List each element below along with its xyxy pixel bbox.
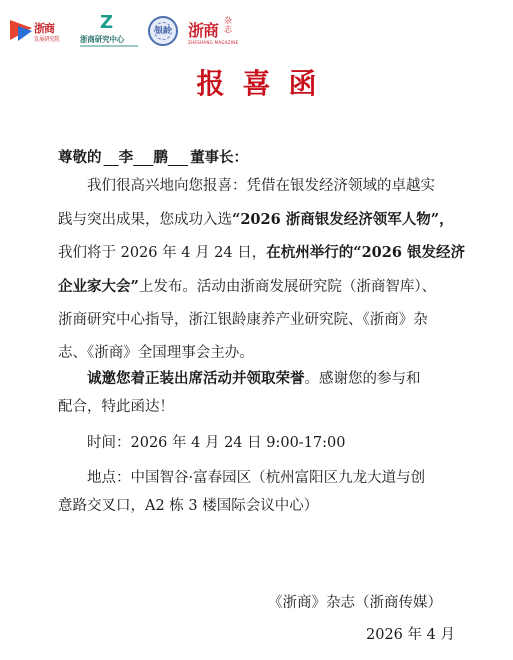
logo1-sub-text: 发展研究院 [34, 34, 60, 43]
paragraph1-line6: 志、《浙商》全国理事会主办。 [58, 343, 254, 363]
logo4-sub-text: ZHESHANG MAGAZINE [188, 40, 238, 45]
time-value: 2026 年 4 月 24 日 9:00-17:00 [131, 435, 346, 451]
logo4-main-text: 浙商 [188, 18, 218, 41]
paragraph2-line1: 诚邀您着正装出席活动并领取荣誉。感谢您的参与和 [58, 369, 421, 389]
event-time: 时间：2026 年 4 月 24 日 9:00-17:00 [58, 433, 345, 453]
event-address-line1: 地点：中国智谷·富春园区（杭州富阳区九龙大道与创 [58, 468, 425, 488]
address-value-line1: 中国智谷·富春园区（杭州富阳区九龙大道与创 [131, 470, 426, 486]
logo2-main-text: 浙商研究中心 [80, 34, 124, 45]
invitation-text: 诚邀您着正装出席活动并领取荣誉 [87, 370, 305, 387]
time-label: 时间： [87, 435, 131, 451]
zheshang-development-institute-logo: 浙商 发展研究院 [8, 10, 72, 50]
paragraph1-line1: 我们很高兴地向您报喜：凭借在银发经济领域的卓越实 [58, 176, 435, 196]
recipient-title: 董事长： [190, 149, 248, 166]
triangle-mark-icon-inner [18, 26, 32, 41]
logo2-underline [80, 45, 138, 47]
paragraph2-line2: 配合，特此函达！ [58, 397, 174, 417]
logo4-side-text: 杂志 [224, 16, 234, 34]
award-name: “2026 浙商银发经济领军人物”， [232, 211, 454, 228]
seal-text: 银龄 [155, 25, 171, 36]
letter-date: 2026 年 4 月 [366, 623, 455, 644]
salutation: 尊敬的 李 鹏 董事长： [58, 148, 248, 168]
paragraph1-line4: 企业家大会”上发布。活动由浙商发展研究院（浙商智库）、 [58, 277, 436, 297]
letter-title: 报喜函 [0, 62, 513, 102]
header-logos: 浙商 发展研究院 Z 浙商研究中心 银龄 浙商 杂志 ZHESHANG MAGA… [8, 10, 258, 50]
recipient-name: 李 鹏 [102, 148, 191, 168]
paragraph1-line3: 我们将于 2026 年 4 月 24 日，在杭州举行的“2026 银发经济 [58, 243, 465, 263]
salutation-prefix: 尊敬的 [58, 149, 102, 166]
event-address-line2: 意路交叉口，A2 栋 3 楼国际会议中心） [58, 496, 318, 516]
silver-age-seal-logo: 银龄 [148, 10, 182, 50]
signature: 《浙商》杂志（浙商传媒） [268, 591, 442, 612]
event-date-inline: 我们将于 2026 年 4 月 24 日， [58, 245, 266, 261]
zheshang-research-center-logo: Z 浙商研究中心 [78, 10, 140, 50]
paragraph1-line5: 浙商研究中心指导，浙江银龄康养产业研究院、《浙商》杂 [58, 310, 428, 330]
zheshang-magazine-logo: 浙商 杂志 ZHESHANG MAGAZINE [188, 10, 258, 50]
address-label: 地点： [87, 470, 131, 486]
round-seal-icon: 银龄 [148, 16, 178, 46]
z-mark-icon: Z [100, 12, 113, 33]
paragraph1-line2: 践与突出成果，您成功入选“2026 浙商银发经济领军人物”， [58, 210, 454, 230]
